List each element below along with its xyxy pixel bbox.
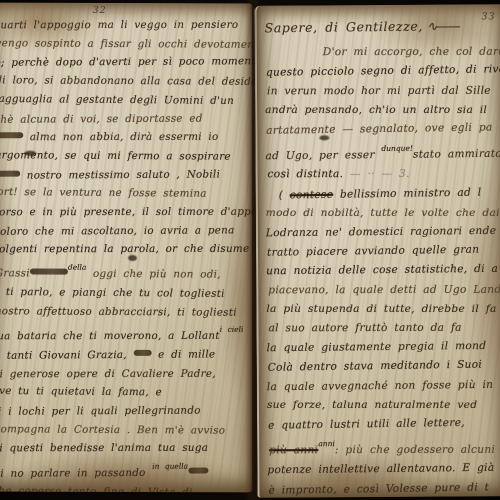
manuscript-line: nostro affettuoso abbracciarsi, ti togli… (0, 302, 255, 322)
manuscript-line: coloro che mi ascoltano, io avria a pena (0, 221, 255, 241)
handwritten-text: piacevano, la quale detti ad Ugo Landi N… (268, 283, 500, 296)
handwritten-text: fort! se la ventura ne fosse stemina (0, 186, 207, 200)
manuscript-line: la quale avvegnaché non fosse più in s (267, 375, 500, 397)
left-page-number: 32 (93, 5, 107, 16)
handwritten-text: ò; perchè dopo d'averti per sì poco mome… (0, 56, 255, 70)
handwritten-text: in verun modo hor mi partì dal Sille (267, 84, 491, 97)
chapter-heading-text: Sapere, di Gentilezze, (265, 19, 423, 36)
manuscript-line: volgenti repentina la parola, or che dis… (0, 240, 254, 259)
handwritten-text: tratto piacere avviando quelle gran (267, 244, 480, 259)
manuscript-line: di generose opere di Cavaliere Padre, (0, 364, 254, 383)
left-page: 32 quarti l'appoggio ma li veggo in pens… (0, 3, 255, 493)
handwritten-text: artatamente — segnalato, ove egli pa (266, 121, 492, 136)
manuscript-line: compagna la Cortesia . Ben m'è avviso (0, 420, 255, 440)
handwritten-text: dunque! (381, 144, 413, 153)
handwritten-text: nostro affettuoso abbracciarsi, ti togli… (0, 305, 237, 318)
manuscript-line: ò; perchè dopo d'averti per sì poco mome… (0, 53, 255, 73)
manuscript-line: Grassidella oggi che più non odi, (0, 258, 255, 284)
struck-out-scribble (0, 132, 23, 138)
handwritten-text: compagna la Cortesia . Ben m'è avviso (0, 423, 225, 436)
handwritten-text: D'or mi accorgo, che col dare (323, 46, 500, 58)
handwritten-text: la più stupenda di tutte, direbbe il fa (266, 303, 496, 315)
manuscript-line: sue forze, taluna naturalmente ved (267, 396, 500, 415)
handwritten-text: di questi benedisse l'anima tua suga (0, 442, 208, 454)
handwritten-text: e quattro lustri utili alle lettere, (268, 417, 465, 432)
struck-out-scribble (188, 468, 208, 474)
handwritten-text: ove tu ti quietavi la fama, e (0, 385, 162, 398)
handwritten-text: questo picciolo segno di affetto, di riv… (266, 64, 500, 80)
handwritten-text: in quella (152, 462, 188, 471)
handwritten-text: argomento, se qui mi fermo a sospirare (0, 149, 231, 162)
manuscript-line: andrà pensando, ch'io un altro sia il (265, 101, 500, 120)
handwritten-text: anni (318, 439, 335, 448)
handwritten-text: vengo sospinto a fissar gli occhi devota… (0, 37, 255, 51)
manuscript-photo: 32 quarti l'appoggio ma li veggo in pens… (0, 0, 500, 500)
manuscript-line: potenze intellettive allentavano. E già (267, 459, 500, 481)
manuscript-line: la più stupenda di tutte, direbbe il fa (266, 300, 500, 319)
manuscript-line: al suo autore fruttò tanto da fa (268, 319, 500, 339)
handwritten-text: modo di nobiltà, tutte le volte che dai … (266, 207, 500, 219)
left-page-text: quarti l'appoggio ma li veggo in pensier… (0, 16, 255, 493)
handwritten-text: andrà pensando, ch'io un altro sia il (265, 104, 487, 116)
manuscript-line: quarti l'appoggio ma li veggo in pensier… (0, 16, 255, 35)
handwritten-text: : più che godessero alcuni (335, 444, 495, 456)
manuscript-line: fort! se la ventura ne fosse stemina (0, 183, 254, 204)
handwritten-text: bellissimo ministro ad l (333, 186, 481, 200)
handwritten-text: Colà dentro stava meditando i Suoi (268, 359, 483, 374)
manuscript-line: Colà dentro stava meditando i Suoi (268, 356, 500, 379)
manuscript-line: questo picciolo segno di affetto, di riv… (266, 61, 500, 84)
manuscript-line: più annianni: più che godessero alcuni (269, 434, 500, 461)
handwritten-text: sue forze, taluna naturalmente ved (267, 399, 477, 411)
handwritten-text: al suo autore fruttò tanto da fa (268, 322, 461, 335)
struck-out-scribble (0, 170, 20, 176)
handwritten-text: di no parlare in passando (0, 467, 152, 480)
handwritten-text: la quale avvegnaché non fosse più in s (267, 378, 500, 393)
handwritten-text: Grassi (0, 267, 30, 279)
manuscript-line: alma non abbia, dirà essermi io (0, 128, 254, 147)
handwritten-text: contese (290, 188, 334, 201)
handwritten-text: che coperse tanto fine di Vista di (0, 485, 193, 493)
manuscript-line: tua bataria che ti moverono, a Lollanti … (0, 321, 254, 346)
handwritten-text: la quale giustamente pregia il mond (267, 340, 487, 354)
handwritten-text: più anni (269, 444, 318, 456)
handwritten-text: e ti parlo, e piangi che tu col togliest… (0, 286, 225, 300)
handwritten-text: ( (279, 189, 290, 201)
handwritten-text: nostro mestissimo saluto , Nobili (20, 168, 220, 181)
manuscript-line: e quattro lustri utili alle lettere, (268, 413, 500, 436)
manuscript-line: di loro, si abbandonano alla casa del de… (0, 71, 255, 91)
manuscript-line: è impronto, e così Volesse pure di t (268, 478, 500, 498)
manuscript-line: così distinta. — ·· — 3. (268, 165, 500, 185)
struck-out-scribble (30, 269, 68, 275)
manuscript-line: chè alcuna di voi, se diportasse ed (0, 109, 255, 129)
handwritten-text: di generose opere di Cavaliere Padre, (0, 368, 216, 380)
handwritten-text: tua bataria che ti moverono, a Lollant (0, 330, 220, 342)
handwritten-text: e di mille (151, 348, 215, 360)
right-page: 33 Sapere, di Gentilezze,∿—— D'or mi acc… (254, 4, 500, 498)
handwritten-text: ad Ugo, per esser (265, 149, 381, 162)
manuscript-line: di questi benedisse l'anima tua suga (0, 439, 253, 458)
handwritten-text: corso e in più presente, il sol timore d… (0, 206, 255, 219)
manuscript-line: e ti parlo, e piangi che tu col togliest… (0, 283, 254, 304)
right-page-text: Sapere, di Gentilezze,∿—— D'or mi accorg… (257, 16, 500, 498)
handwritten-text: a tanti Giovani Grazia, (0, 349, 134, 362)
manuscript-line: nostro mestissimo saluto , Nobili (0, 165, 255, 185)
handwritten-text: potenze intellettive allentavano. E già (267, 462, 494, 476)
handwritten-text: volgenti repentina la parola, or che dis… (0, 243, 249, 255)
manuscript-line: a tanti Giovani Grazia, e di mille (0, 345, 255, 365)
handwritten-text: Lodranza ne' domestici ragionari ende (266, 225, 497, 239)
manuscript-line: vengo sospinto a fissar gli occhi devota… (0, 34, 255, 54)
manuscript-line: corso e in più presente, il sol timore d… (0, 203, 254, 222)
manuscript-line: che coperse tanto fine di Vista di (0, 482, 253, 493)
handwritten-text: della (68, 263, 87, 272)
manuscript-line: ( contese bellissimo ministro ad l (267, 183, 500, 206)
handwritten-text: una notizia delle cose statistiche, di a (266, 263, 498, 277)
handwritten-text: stato ammirato da (413, 148, 500, 161)
handwritten-text: così distinta. (268, 168, 350, 180)
handwritten-text: i cieli (220, 325, 244, 334)
chapter-heading: Sapere, di Gentilezze,∿—— (265, 16, 500, 38)
manuscript-line: una notizia delle cose statistiche, di a (266, 260, 500, 282)
manuscript-line: D'or mi accorgo, che col dare (267, 43, 500, 63)
handwritten-text: — ·· — 3. (350, 168, 410, 180)
manuscript-line: ove tu ti quietavi la fama, e (0, 382, 254, 403)
handwritten-text: è impronto, e così Volesse pure di t (268, 481, 489, 496)
manuscript-line: argomento, se qui mi fermo a sospirare (0, 146, 255, 166)
handwritten-text: di loro, si abbandonano alla casa del de… (0, 74, 255, 88)
manuscript-line: ragguaglia al gestante degli Uomini d'un (0, 90, 254, 111)
manuscript-line: modo di nobiltà, tutte le volte che dai … (266, 204, 500, 223)
manuscript-line: in verun modo hor mi partì dal Sille (267, 81, 500, 101)
handwritten-text: chè alcuna di voi, se diportasse ed (0, 112, 203, 125)
manuscript-line: piacevano, la quale detti ad Ugo Landi N… (268, 280, 500, 300)
flourish-mark: ∿—— (423, 18, 460, 33)
manuscript-line: di no parlare in passando in quella (0, 457, 254, 483)
handwritten-text: ragguaglia al gestante degli Uomini d'un (0, 93, 234, 107)
handwritten-text: ti i lochi per li quali pellegrinando (0, 405, 201, 418)
manuscript-line: ti i lochi per li quali pellegrinando (0, 401, 255, 421)
handwritten-text: coloro che mi ascoltano, io avria a pena (0, 224, 235, 237)
handwritten-text: oggi che più non odi, (86, 268, 221, 281)
struck-out-scribble (133, 350, 151, 356)
handwritten-text: quarti l'appoggio ma li veggo in pensier… (0, 19, 238, 31)
manuscript-line: ad Ugo, per esser dunque!stato ammirato … (265, 138, 500, 167)
handwritten-text: alma non abbia, dirà essermi io (23, 131, 218, 143)
